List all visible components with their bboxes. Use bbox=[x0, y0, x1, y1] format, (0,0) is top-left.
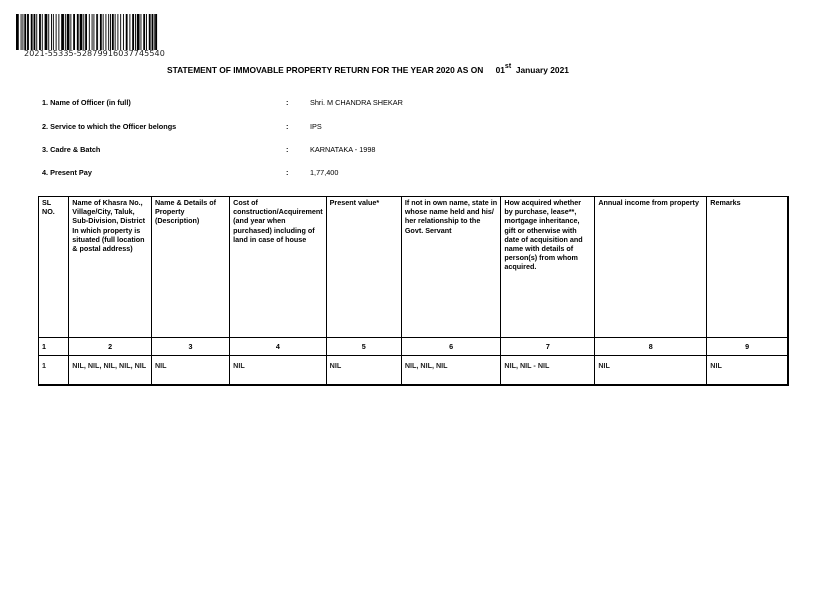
title-text: STATEMENT OF IMMOVABLE PROPERTY RETURN F… bbox=[167, 65, 483, 75]
table-cell: NIL, NIL, NIL bbox=[401, 356, 501, 386]
title-date: 01st January 2021 bbox=[496, 65, 569, 75]
header-present-value: Present value* bbox=[326, 197, 401, 338]
header-owner-relationship: If not in own name, state in whose name … bbox=[401, 197, 501, 338]
info-value-officer-name: Shri. M CHANDRA SHEKAR bbox=[310, 98, 403, 107]
column-number: 9 bbox=[707, 338, 788, 356]
table-cell: NIL bbox=[707, 356, 788, 386]
table-cell: NIL bbox=[326, 356, 401, 386]
table-header-row: SL NO. Name of Khasra No., Village/City,… bbox=[39, 197, 789, 338]
table-cell: NIL bbox=[151, 356, 229, 386]
info-value-cadre-batch: KARNATAKA - 1998 bbox=[310, 145, 375, 154]
table-row: 1 NIL, NIL, NIL, NIL, NIL NIL NIL NIL NI… bbox=[39, 356, 789, 386]
info-label-officer-name: 1. Name of Officer (in full) bbox=[42, 98, 131, 107]
info-label-cadre-batch: 3. Cadre & Batch bbox=[42, 145, 100, 154]
info-value-present-pay: 1,77,400 bbox=[310, 168, 338, 177]
table-cell: NIL, NIL, NIL, NIL, NIL bbox=[69, 356, 152, 386]
info-label-service: 2. Service to which the Officer belongs bbox=[42, 122, 176, 131]
column-number: 6 bbox=[401, 338, 501, 356]
info-label-present-pay: 4. Present Pay bbox=[42, 168, 92, 177]
table-cell: NIL bbox=[230, 356, 326, 386]
column-number-row: 1 2 3 4 5 6 7 8 9 bbox=[39, 338, 789, 356]
column-number: 7 bbox=[501, 338, 595, 356]
table-cell: 1 bbox=[39, 356, 69, 386]
info-colon: : bbox=[286, 122, 288, 131]
header-how-acquired: How acquired whether by purchase, lease*… bbox=[501, 197, 595, 338]
column-number: 2 bbox=[69, 338, 152, 356]
table-cell: NIL bbox=[595, 356, 707, 386]
header-remarks: Remarks bbox=[707, 197, 788, 338]
column-number: 4 bbox=[230, 338, 326, 356]
table-cell: NIL, NIL - NIL bbox=[501, 356, 595, 386]
column-number: 3 bbox=[151, 338, 229, 356]
column-number: 5 bbox=[326, 338, 401, 356]
info-value-service: IPS bbox=[310, 122, 322, 131]
header-property-details: Name & Details of Property (Description) bbox=[151, 197, 229, 338]
column-number: 1 bbox=[39, 338, 69, 356]
info-colon: : bbox=[286, 168, 288, 177]
document-title: STATEMENT OF IMMOVABLE PROPERTY RETURN F… bbox=[167, 64, 569, 75]
header-annual-income: Annual income from property bbox=[595, 197, 707, 338]
header-location: Name of Khasra No., Village/City, Taluk,… bbox=[69, 197, 152, 338]
property-table: SL NO. Name of Khasra No., Village/City,… bbox=[38, 196, 789, 386]
column-number: 8 bbox=[595, 338, 707, 356]
barcode bbox=[16, 14, 158, 50]
barcode-number: 2021-55335-52879916037745540 bbox=[24, 49, 165, 58]
info-colon: : bbox=[286, 145, 288, 154]
header-cost: Cost of construction/Acquirement (and ye… bbox=[230, 197, 326, 338]
header-sl-no: SL NO. bbox=[39, 197, 69, 338]
info-colon: : bbox=[286, 98, 288, 107]
